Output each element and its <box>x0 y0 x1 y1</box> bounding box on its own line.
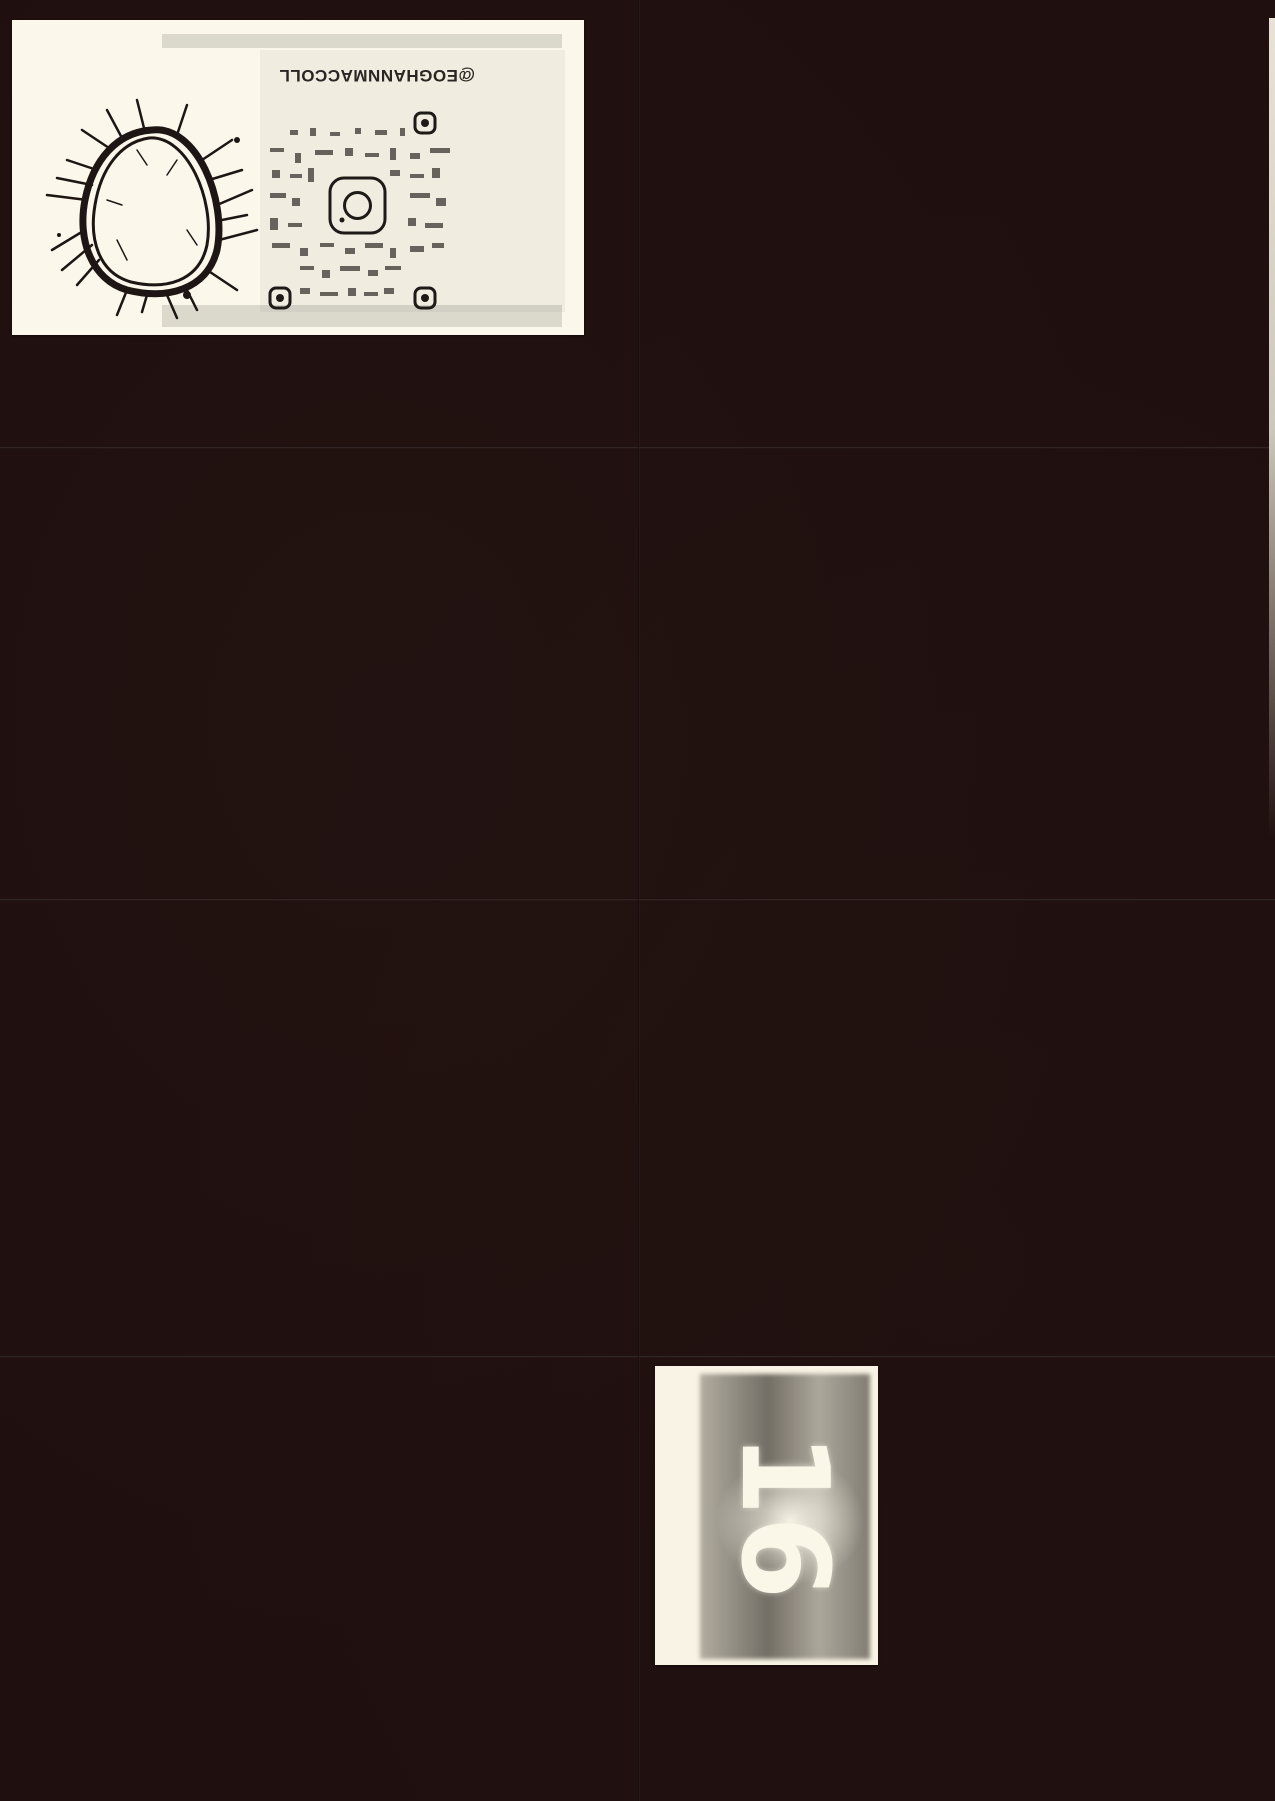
instagram-icon <box>330 178 385 233</box>
instagram-handle: @EOGHANNMACCOLL <box>277 65 477 85</box>
instagram-card: @EOGHANNMACCOLL <box>12 20 584 335</box>
fold-line <box>638 0 640 1801</box>
paper-edge <box>1269 18 1275 838</box>
crown-of-thorns-icon <box>37 90 267 320</box>
page-number: 16 <box>713 1416 853 1616</box>
toner-streak <box>162 34 562 48</box>
instagram-qr-code[interactable] <box>260 108 465 313</box>
page-number-card: 16 <box>655 1366 878 1665</box>
